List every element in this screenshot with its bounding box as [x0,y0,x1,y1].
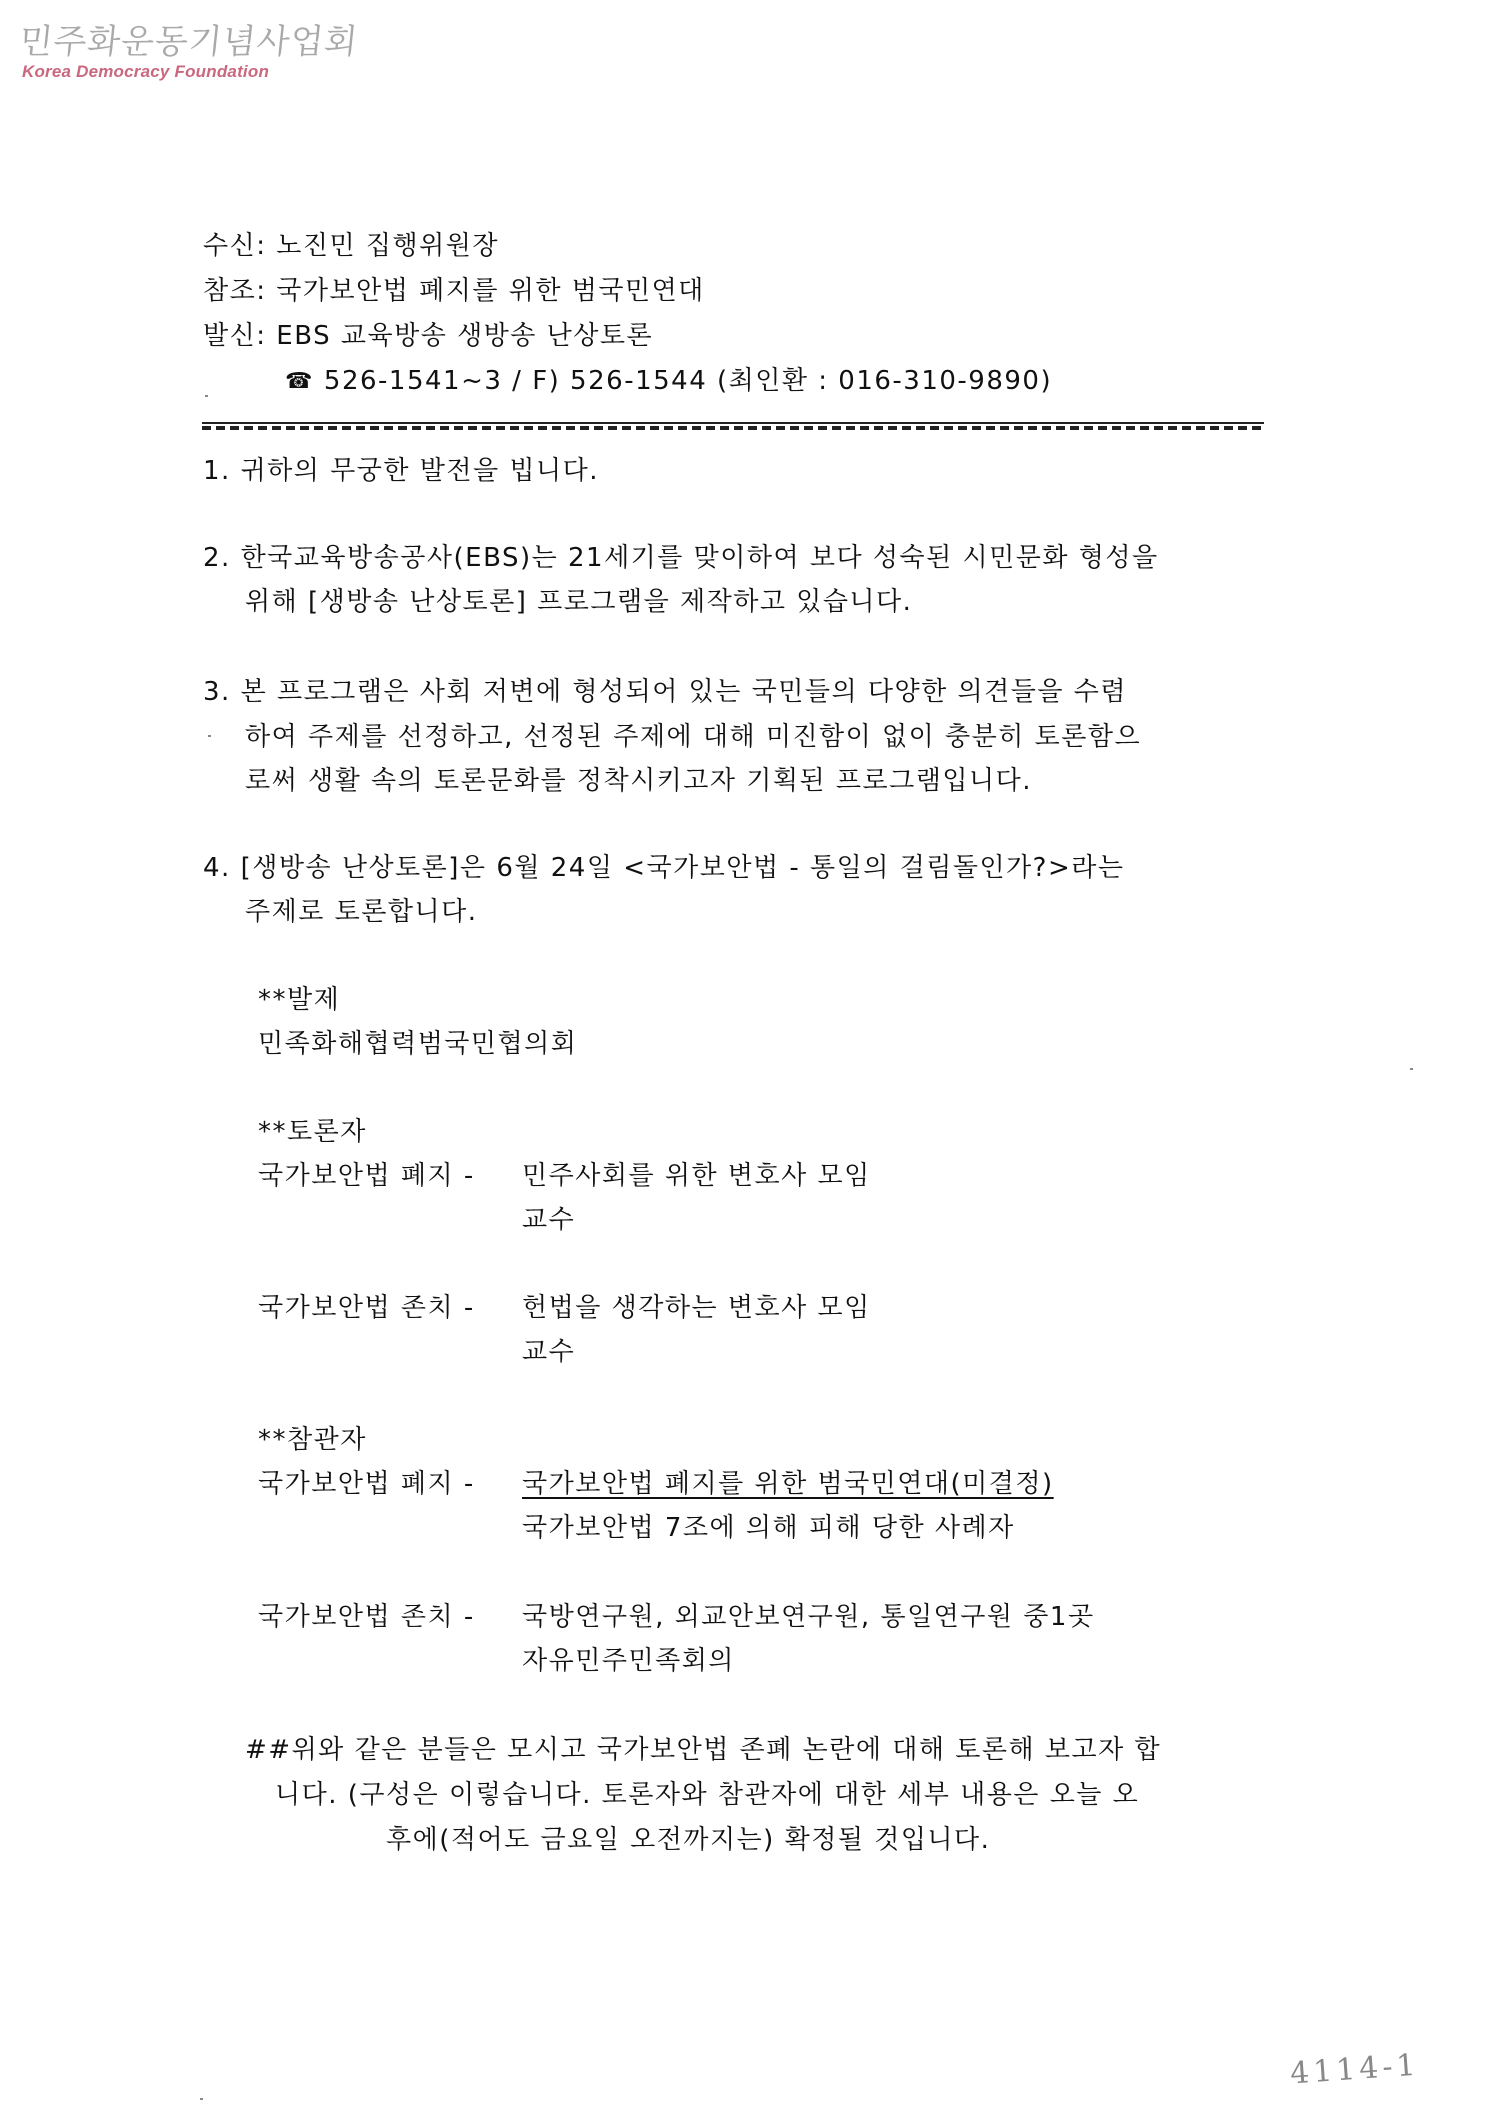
header-divider [202,422,1264,431]
paragraph-3-line-1: 3. 본 프로그램은 사회 저변에 형성되어 있는 국민들의 다양한 의견들을 … [203,677,1127,707]
handwritten-page-mark: 4114-1 [1289,2048,1421,2092]
observer-side-retain: 국가보안법 존치 - [258,1602,475,1632]
debater-retain-line-1: 헌법을 생각하는 변호사 모임 [522,1293,871,1323]
scan-speck [205,395,208,397]
colon: : [256,276,276,306]
debater-side-retain: 국가보안법 존치 - [258,1293,475,1323]
observer-retain-line-1: 국방연구원, 외교안보연구원, 통일연구원 중1곳 [522,1602,1095,1632]
observer-abolish-line-1: 국가보안법 폐지를 위한 범국민연대(미결정) [522,1469,1054,1499]
scan-speck [200,2098,203,2100]
telephone-icon: ☎ [285,367,314,397]
paragraph-4-line-2: 주제로 토론합니다. [245,897,477,927]
paragraph-3-line-3: 로써 생활 속의 토론문화를 정착시키고자 기획된 프로그램입니다. [245,766,1032,796]
debater-retain-line-2: 교수 [522,1337,575,1367]
paragraph-2-line-1: 2. 한국교육방송공사(EBS)는 21세기를 맞이하여 보다 성숙된 시민문화… [203,543,1159,573]
debater-abolish-line-2: 교수 [522,1205,575,1235]
debater-side-abolish: 국가보안법 폐지 - [258,1161,475,1191]
foundation-logo-english: Korea Democracy Foundation [22,62,269,82]
paragraph-2-line-2: 위해 [생방송 난상토론] 프로그램을 제작하고 있습니다. [245,587,912,617]
contact-numbers: 526-1541~3 / F) 526-1544 (최인환 : 016-310-… [324,366,1052,396]
observer-abolish-line-2: 국가보안법 7조에 의해 피해 당한 사례자 [522,1513,1015,1543]
sender-line: 발신: EBS 교육방송 생방송 난상토론 [203,321,653,351]
scan-speck [208,735,211,737]
closing-line-1: ##위와 같은 분들은 모시고 국가보안법 존폐 논란에 대해 토론해 보고자 … [245,1735,1161,1765]
recipient-value: 노진민 집행위원장 [276,231,499,261]
observer-retain-line-2: 자유민주민족회의 [522,1646,735,1676]
sender-value: EBS 교육방송 생방송 난상토론 [276,321,653,351]
recipient-label: 수신 [203,231,256,261]
paragraph-1: 1. 귀하의 무궁한 발전을 빕니다. [203,456,599,486]
reference-value: 국가보안법 폐지를 위한 범국민연대 [276,276,705,306]
reference-line: 참조: 국가보안법 폐지를 위한 범국민연대 [203,276,705,306]
presentation-value: 민족화해협력범국민협의회 [258,1029,577,1059]
reference-label: 참조 [203,276,256,306]
debater-abolish-line-1: 민주사회를 위한 변호사 모임 [522,1161,871,1191]
observers-heading: **참관자 [258,1425,367,1455]
paragraph-4-line-1: 4. [생방송 난상토론]은 6월 24일 <국가보안법 - 통일의 걸림돌인가… [203,853,1125,883]
sender-label: 발신 [203,321,256,351]
foundation-logo-korean: 민주화운동기념사업회 [17,14,361,63]
recipient-line: 수신: 노진민 집행위원장 [203,231,499,261]
observer-side-abolish: 국가보안법 폐지 - [258,1469,475,1499]
contact-line: ☎526-1541~3 / F) 526-1544 (최인환 : 016-310… [285,366,1052,398]
colon: : [256,321,276,351]
paragraph-3-line-2: 하여 주제를 선정하고, 선정된 주제에 대해 미진함이 없이 충분히 토론함으 [245,722,1141,752]
colon: : [256,231,276,261]
scan-speck [1410,1068,1413,1070]
presentation-heading: **발제 [258,985,340,1015]
closing-line-3: 후에(적어도 금요일 오전까지는) 확정될 것입니다. [386,1825,990,1855]
debaters-heading: **토론자 [258,1117,367,1147]
closing-line-2: 니다. (구성은 이렇습니다. 토론자와 참관자에 대한 세부 내용은 오늘 오 [275,1780,1139,1810]
